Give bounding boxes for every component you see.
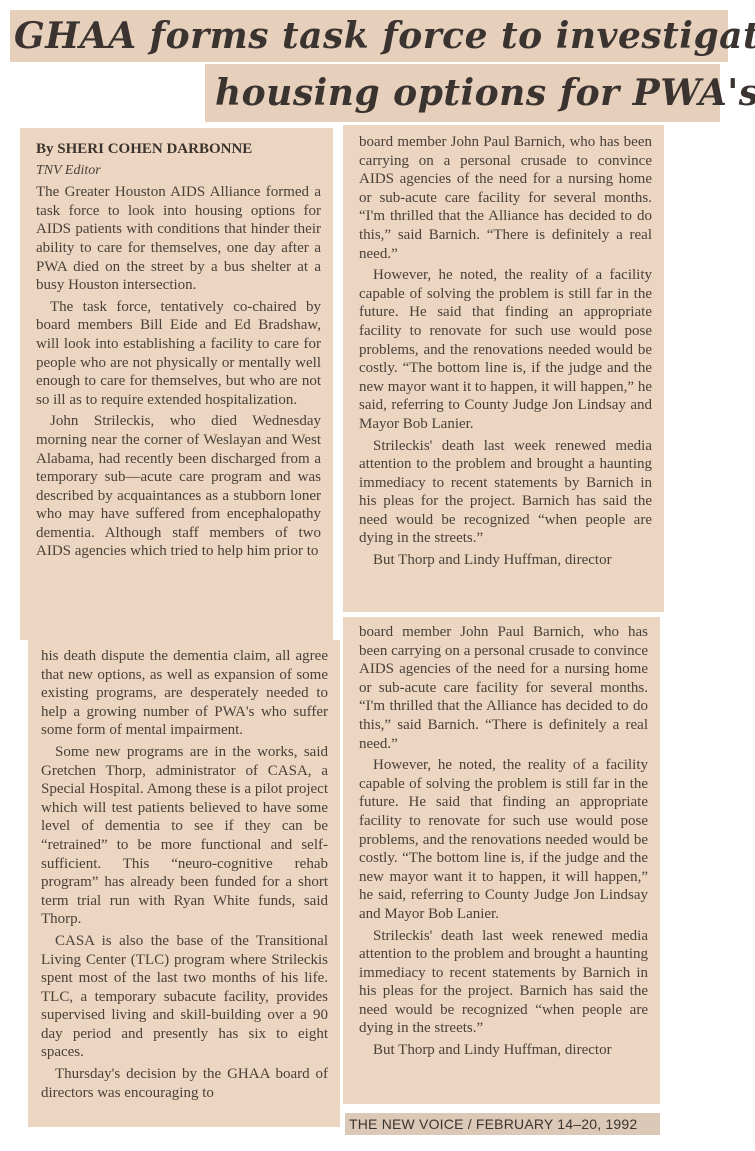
column-bottom-left: his death dispute the dementia claim, al… xyxy=(28,640,340,1127)
headline-line-1: GHAA forms task force to investigate xyxy=(10,10,728,62)
column-top-right: board member John Paul Barnich, who has … xyxy=(343,125,664,612)
headline-line-1-panel: GHAA forms task force to investigate xyxy=(10,10,728,62)
paragraph: But Thorp and Lindy Huffman, director xyxy=(359,1041,648,1060)
paragraph: board member John Paul Barnich, who has … xyxy=(359,133,652,263)
paragraph: The task force, tentatively co-chaired b… xyxy=(36,298,321,410)
paragraph: John Strileckis, who died Wednesday morn… xyxy=(36,412,321,561)
paragraph: Some new programs are in the works, said… xyxy=(41,743,328,929)
paragraph: However, he noted, the reality of a faci… xyxy=(359,266,652,433)
column-bottom-right: board member John Paul Barnich, who has … xyxy=(343,617,660,1104)
paragraph: The Greater Houston AIDS Alliance formed… xyxy=(36,183,321,295)
paragraph: Strileckis' death last week renewed medi… xyxy=(359,927,648,1039)
column-top-left: By SHERI COHEN DARBONNE TNV Editor The G… xyxy=(20,128,333,640)
headline-line-2: housing options for PWA's xyxy=(205,64,720,122)
paragraph: board member John Paul Barnich, who has … xyxy=(359,623,648,753)
paragraph: his death dispute the dementia claim, al… xyxy=(41,647,328,740)
publication-credit: THE NEW VOICE / FEBRUARY 14–20, 1992 xyxy=(345,1113,660,1135)
paragraph: However, he noted, the reality of a faci… xyxy=(359,756,648,923)
byline-role: TNV Editor xyxy=(36,162,321,181)
byline-author: By SHERI COHEN DARBONNE xyxy=(36,140,321,159)
paragraph: Thursday's decision by the GHAA board of… xyxy=(41,1065,328,1102)
headline-line-2-panel: housing options for PWA's xyxy=(205,64,720,122)
paragraph: But Thorp and Lindy Huffman, director xyxy=(359,551,652,570)
paragraph: CASA is also the base of the Transitiona… xyxy=(41,932,328,1062)
paragraph: Strileckis' death last week renewed medi… xyxy=(359,437,652,549)
